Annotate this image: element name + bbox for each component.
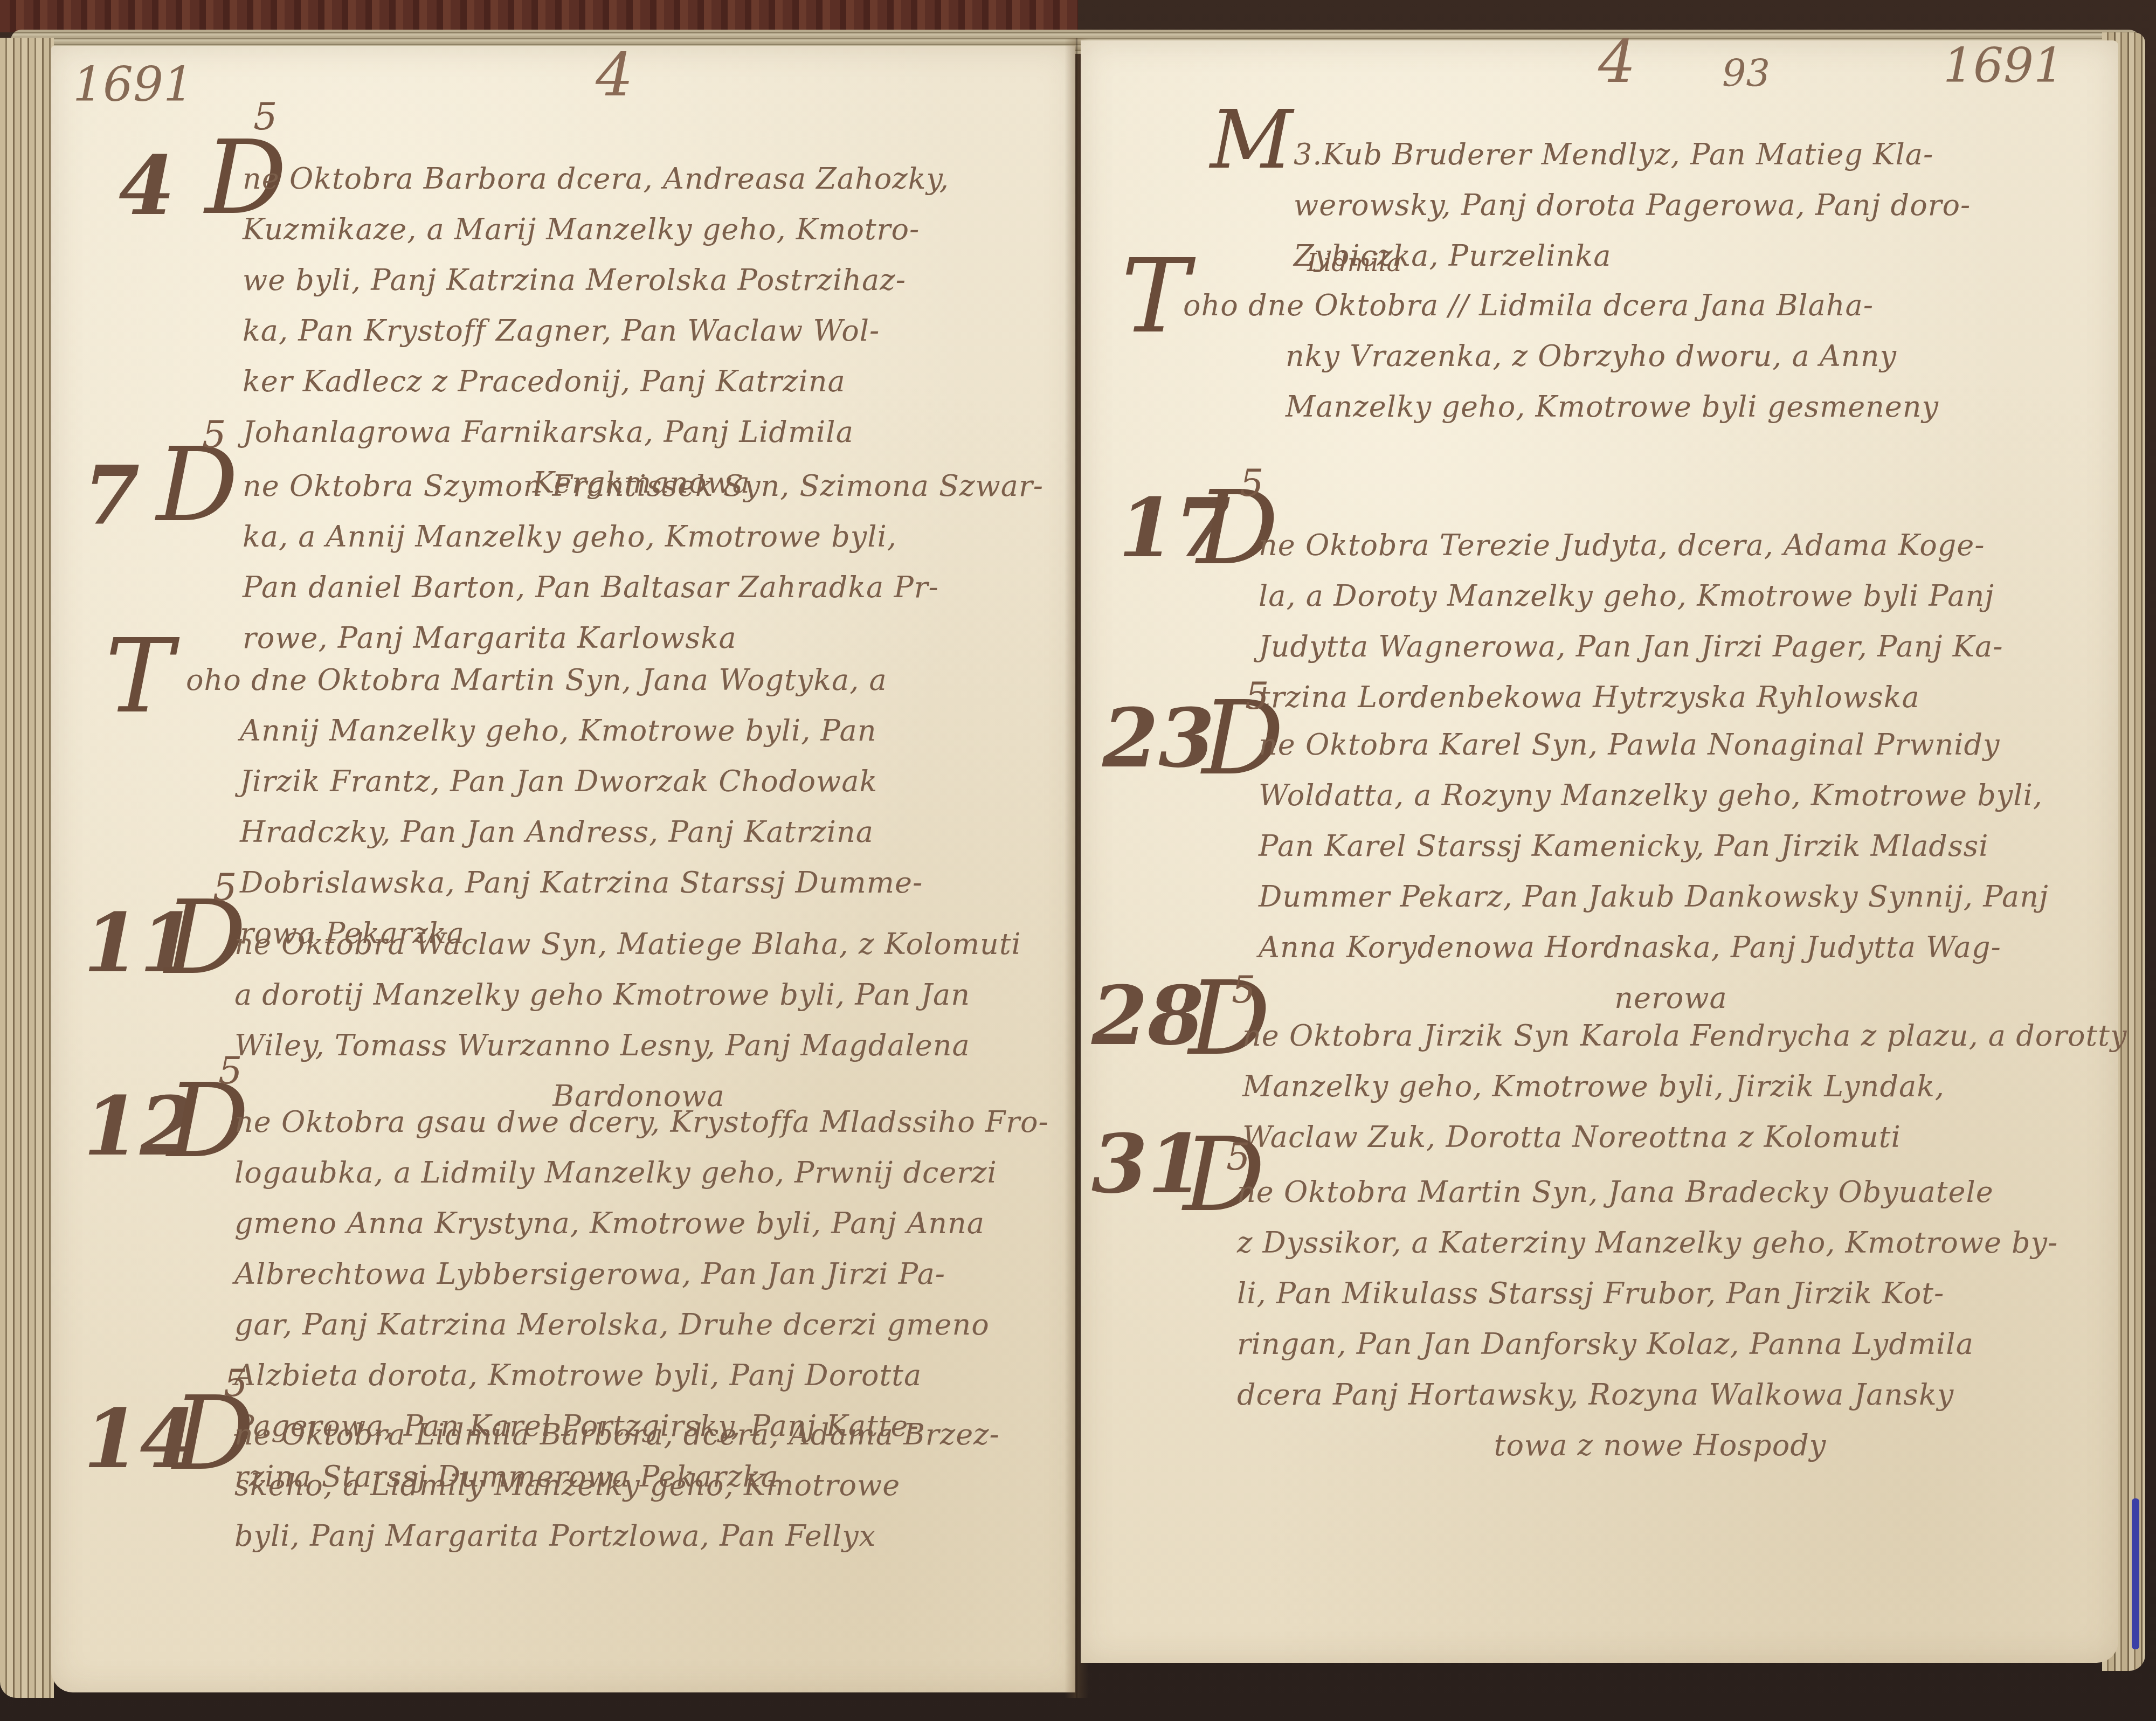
entry-initial-sup: 5	[1240, 461, 1264, 505]
entry-initial: T	[105, 625, 174, 728]
entry-initial-sup: 5	[202, 412, 226, 457]
entry-text: ne Oktobra Waclaw Syn, Matiege Blaha, z …	[234, 919, 1043, 1122]
entry-text: ne Oktobra Barbora dcera, Andreasa Zahoz…	[243, 154, 1040, 508]
folio-number: 93	[1722, 51, 1770, 95]
entry-text: ne Oktobra Karel Syn, Pawla Nonaginal Pr…	[1259, 720, 2083, 1024]
right-page: 4 93 1691 M 3.Kub Bruderer Mendlyz, Pan …	[1081, 40, 2118, 1663]
entry-initial: M	[1210, 100, 1293, 181]
entry-text: ne Oktobra Jirzik Syn Karola Fendrycha z…	[1242, 1011, 2083, 1163]
catch-mark-right: 4	[1598, 27, 1636, 96]
left-page: 1691 4 4 D 5 ne Oktobra Barbora dcera, A…	[51, 46, 1075, 1692]
entry-initial-sup: 5	[253, 94, 278, 139]
insertion-above-line: Lidmila	[1307, 248, 1401, 277]
entry-initial-sup: 5	[218, 1048, 243, 1093]
year-header-right: 1691	[1943, 38, 2064, 93]
catch-mark-left: 4	[596, 40, 633, 109]
bookmark-ribbon	[2132, 1498, 2139, 1649]
entry-text: ne Oktobra Lidmila Barbora, dcera, Adama…	[234, 1409, 1043, 1561]
entry-initial-sup: 5	[213, 865, 237, 909]
entry-text: ne Oktobra Martin Syn, Jana Bradecky Oby…	[1237, 1167, 2083, 1471]
entry-text: 3.Kub Bruderer Mendlyz, Pan Matieg Kla- …	[1294, 129, 2075, 281]
entry-day: 7	[84, 455, 140, 536]
entry-text: ne Oktobra Terezie Judyta, dcera, Adama …	[1259, 520, 2083, 723]
entry-day: 4	[119, 146, 175, 226]
entry-initial-sup: 5	[1232, 967, 1256, 1012]
entry-day: 28	[1091, 976, 1204, 1056]
year-header-left: 1691	[73, 57, 194, 112]
entry-initial-sup: 5	[224, 1361, 248, 1405]
page-stack-left	[0, 38, 54, 1698]
entry-initial: T	[1121, 245, 1190, 348]
entry-text: oho dne Oktobra // Lidmila dcera Jana Bl…	[1183, 280, 2072, 432]
entry-text: ne Oktobra Szymon Frantissek Syn, Szimon…	[243, 461, 1040, 663]
entry-day: 23	[1102, 698, 1215, 779]
entry-initial-sup: 5	[1245, 674, 1269, 718]
manuscript-photo: 1691 4 4 D 5 ne Oktobra Barbora dcera, A…	[0, 0, 2156, 1721]
entry-text: oho dne Oktobra Martin Syn, Jana Wogtyka…	[186, 655, 1048, 959]
